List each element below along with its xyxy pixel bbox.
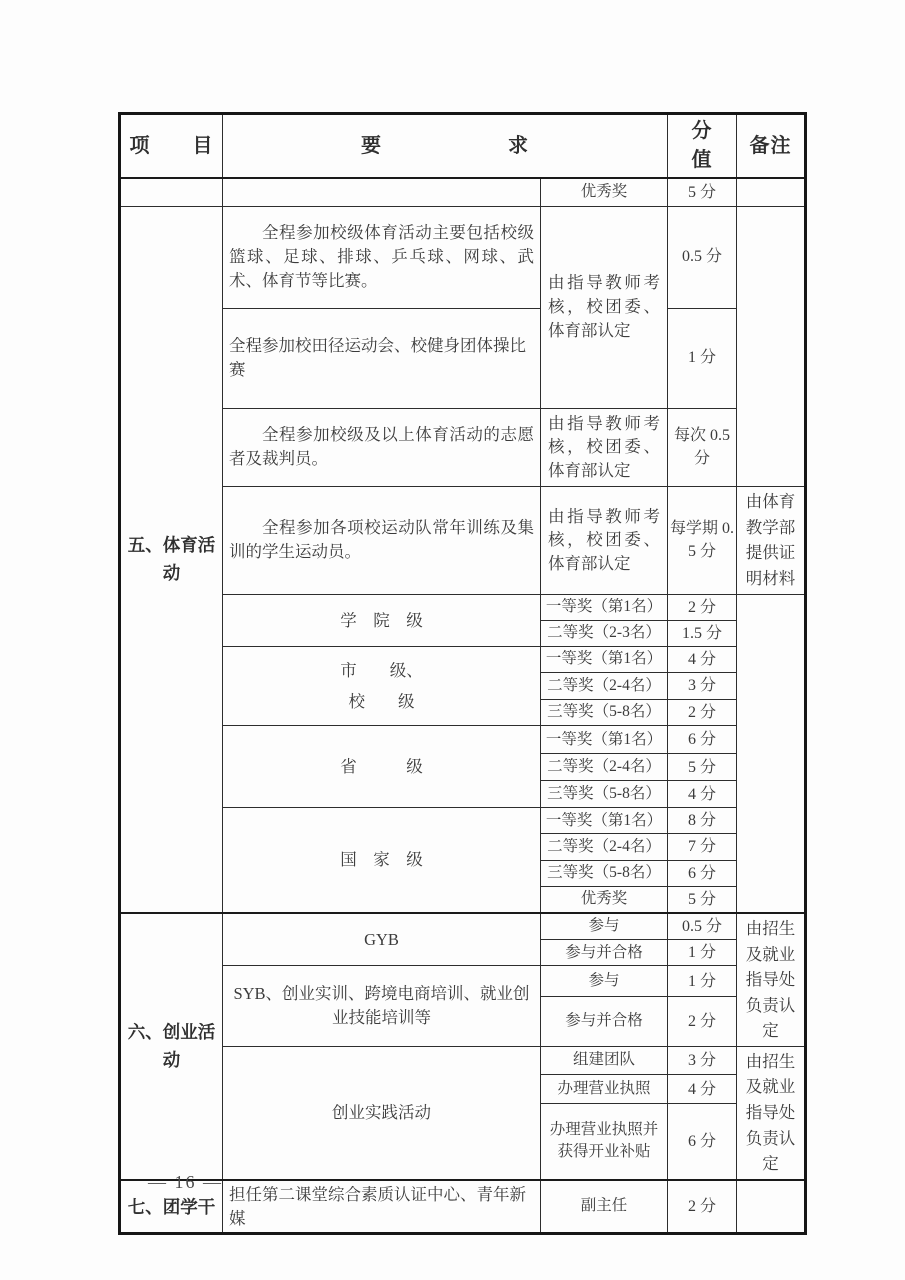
award-score-cell: 7 分 <box>668 834 737 860</box>
header-remark-column: 备注 <box>737 114 806 179</box>
award-score-cell: 2 分 <box>668 700 737 726</box>
league-position-cell: 副主任 <box>541 1180 668 1234</box>
award-level-college: 学 院 级 <box>223 594 541 646</box>
league-score-cell: 2 分 <box>668 1180 737 1234</box>
startup-condition-cell: 参与并合格 <box>541 996 668 1046</box>
award-score-cell: 6 分 <box>668 860 737 886</box>
startup-condition-cell: 办理营业执照并获得开业补贴 <box>541 1103 668 1179</box>
award-row-cell: 三等奖（5-8名） <box>541 700 668 726</box>
sports-volunteer-assessor: 由指导教师考核，校团委、体育部认定 <box>541 408 668 487</box>
header-requirement-column: 要 求 <box>223 114 668 179</box>
carryover-score-cell: 5 分 <box>668 178 737 206</box>
startup-condition-cell: 参与 <box>541 966 668 996</box>
page-number: — 16 — <box>148 1172 223 1193</box>
award-row-cell: 二等奖（2-4名） <box>541 834 668 860</box>
award-row-cell: 优秀奖 <box>541 886 668 913</box>
sports-meet-text: 全程参加校田径运动会、校健身团体操比赛 <box>223 308 541 408</box>
award-score-cell: 5 分 <box>668 754 737 781</box>
sports-volunteer-score: 每次 0.5 分 <box>668 408 737 487</box>
sports-athlete-assessor: 由指导教师考核，校团委、体育部认定 <box>541 487 668 594</box>
sports-campus-activity-score: 0.5 分 <box>668 206 737 308</box>
startup-remark-practice: 由招生及就业指导处负责认定 <box>737 1046 806 1179</box>
document-page: 项 目 要 求 分 值 备注 优秀奖 5 分 五、体育活动 全程参加校级体育活动… <box>0 0 905 1280</box>
award-level-province: 省 级 <box>223 726 541 808</box>
award-score-cell: 8 分 <box>668 808 737 834</box>
league-requirement-text: 担任第二课堂综合素质认证中心、青年新媒 <box>223 1180 541 1234</box>
award-score-cell: 1.5 分 <box>668 620 737 646</box>
award-score-cell: 5 分 <box>668 886 737 913</box>
carryover-remark-empty-cell <box>737 178 806 206</box>
award-score-cell: 2 分 <box>668 594 737 620</box>
sports-assessor-shared: 由指导教师考核，校团委、体育部认定 <box>541 206 668 408</box>
startup-condition-cell: 参与并合格 <box>541 940 668 966</box>
startup-condition-cell: 办理营业执照 <box>541 1075 668 1104</box>
award-row-cell: 二等奖（2-4名） <box>541 754 668 781</box>
sports-meet-score: 1 分 <box>668 308 737 408</box>
sports-athlete-score: 每学期 0.5 分 <box>668 487 737 594</box>
award-row-cell: 二等奖（2-3名） <box>541 620 668 646</box>
league-remark-empty-cell <box>737 1180 806 1234</box>
startup-score-cell: 0.5 分 <box>668 913 737 940</box>
startup-score-cell: 3 分 <box>668 1046 737 1075</box>
award-row-cell: 一等奖（第1名） <box>541 594 668 620</box>
award-row-cell: 三等奖（5-8名） <box>541 781 668 808</box>
startup-gyb-name: GYB <box>223 913 541 966</box>
award-level-city-school: 市 级、 校 级 <box>223 646 541 725</box>
header-item-column: 项 目 <box>120 114 223 179</box>
award-row-cell: 二等奖（2-4名） <box>541 673 668 700</box>
award-row-cell: 三等奖（5-8名） <box>541 860 668 886</box>
award-score-cell: 6 分 <box>668 726 737 754</box>
sports-athlete-text: 全程参加各项校运动队常年训练及集训的学生运动员。 <box>223 487 541 594</box>
item-empty-cell <box>120 178 223 206</box>
award-score-cell: 4 分 <box>668 646 737 672</box>
startup-practice-name: 创业实践活动 <box>223 1046 541 1179</box>
startup-remark-training: 由招生及就业指导处负责认定 <box>737 913 806 1046</box>
startup-syb-name: SYB、创业实训、跨境电商培训、就业创业技能培训等 <box>223 966 541 1046</box>
award-level-national: 国 家 级 <box>223 808 541 913</box>
startup-score-cell: 2 分 <box>668 996 737 1046</box>
startup-condition-cell: 参与 <box>541 913 668 940</box>
sports-athlete-remark: 由体育教学部提供证明材料 <box>737 487 806 594</box>
scoring-table: 项 目 要 求 分 值 备注 优秀奖 5 分 五、体育活动 全程参加校级体育活动… <box>118 112 807 1235</box>
startup-condition-cell: 组建团队 <box>541 1046 668 1075</box>
sports-remark-empty-awards <box>737 594 806 913</box>
award-row-cell: 一等奖（第1名） <box>541 646 668 672</box>
section-startup-label: 六、创业活动 <box>120 913 223 1180</box>
carryover-award-cell: 优秀奖 <box>541 178 668 206</box>
award-score-cell: 4 分 <box>668 781 737 808</box>
award-row-cell: 一等奖（第1名） <box>541 808 668 834</box>
startup-score-cell: 4 分 <box>668 1075 737 1104</box>
requirement-empty-cell <box>223 178 541 206</box>
sports-volunteer-text: 全程参加校级及以上体育活动的志愿者及裁判员。 <box>223 408 541 487</box>
award-score-cell: 3 分 <box>668 673 737 700</box>
startup-score-cell: 1 分 <box>668 940 737 966</box>
section-sports-label: 五、体育活动 <box>120 206 223 913</box>
sports-remark-empty-upper <box>737 206 806 487</box>
header-score-column: 分 值 <box>668 114 737 179</box>
award-row-cell: 一等奖（第1名） <box>541 726 668 754</box>
sports-campus-activity-text: 全程参加校级体育活动主要包括校级篮球、足球、排球、乒乓球、网球、武术、体育节等比… <box>223 206 541 308</box>
startup-score-cell: 6 分 <box>668 1103 737 1179</box>
startup-score-cell: 1 分 <box>668 966 737 996</box>
